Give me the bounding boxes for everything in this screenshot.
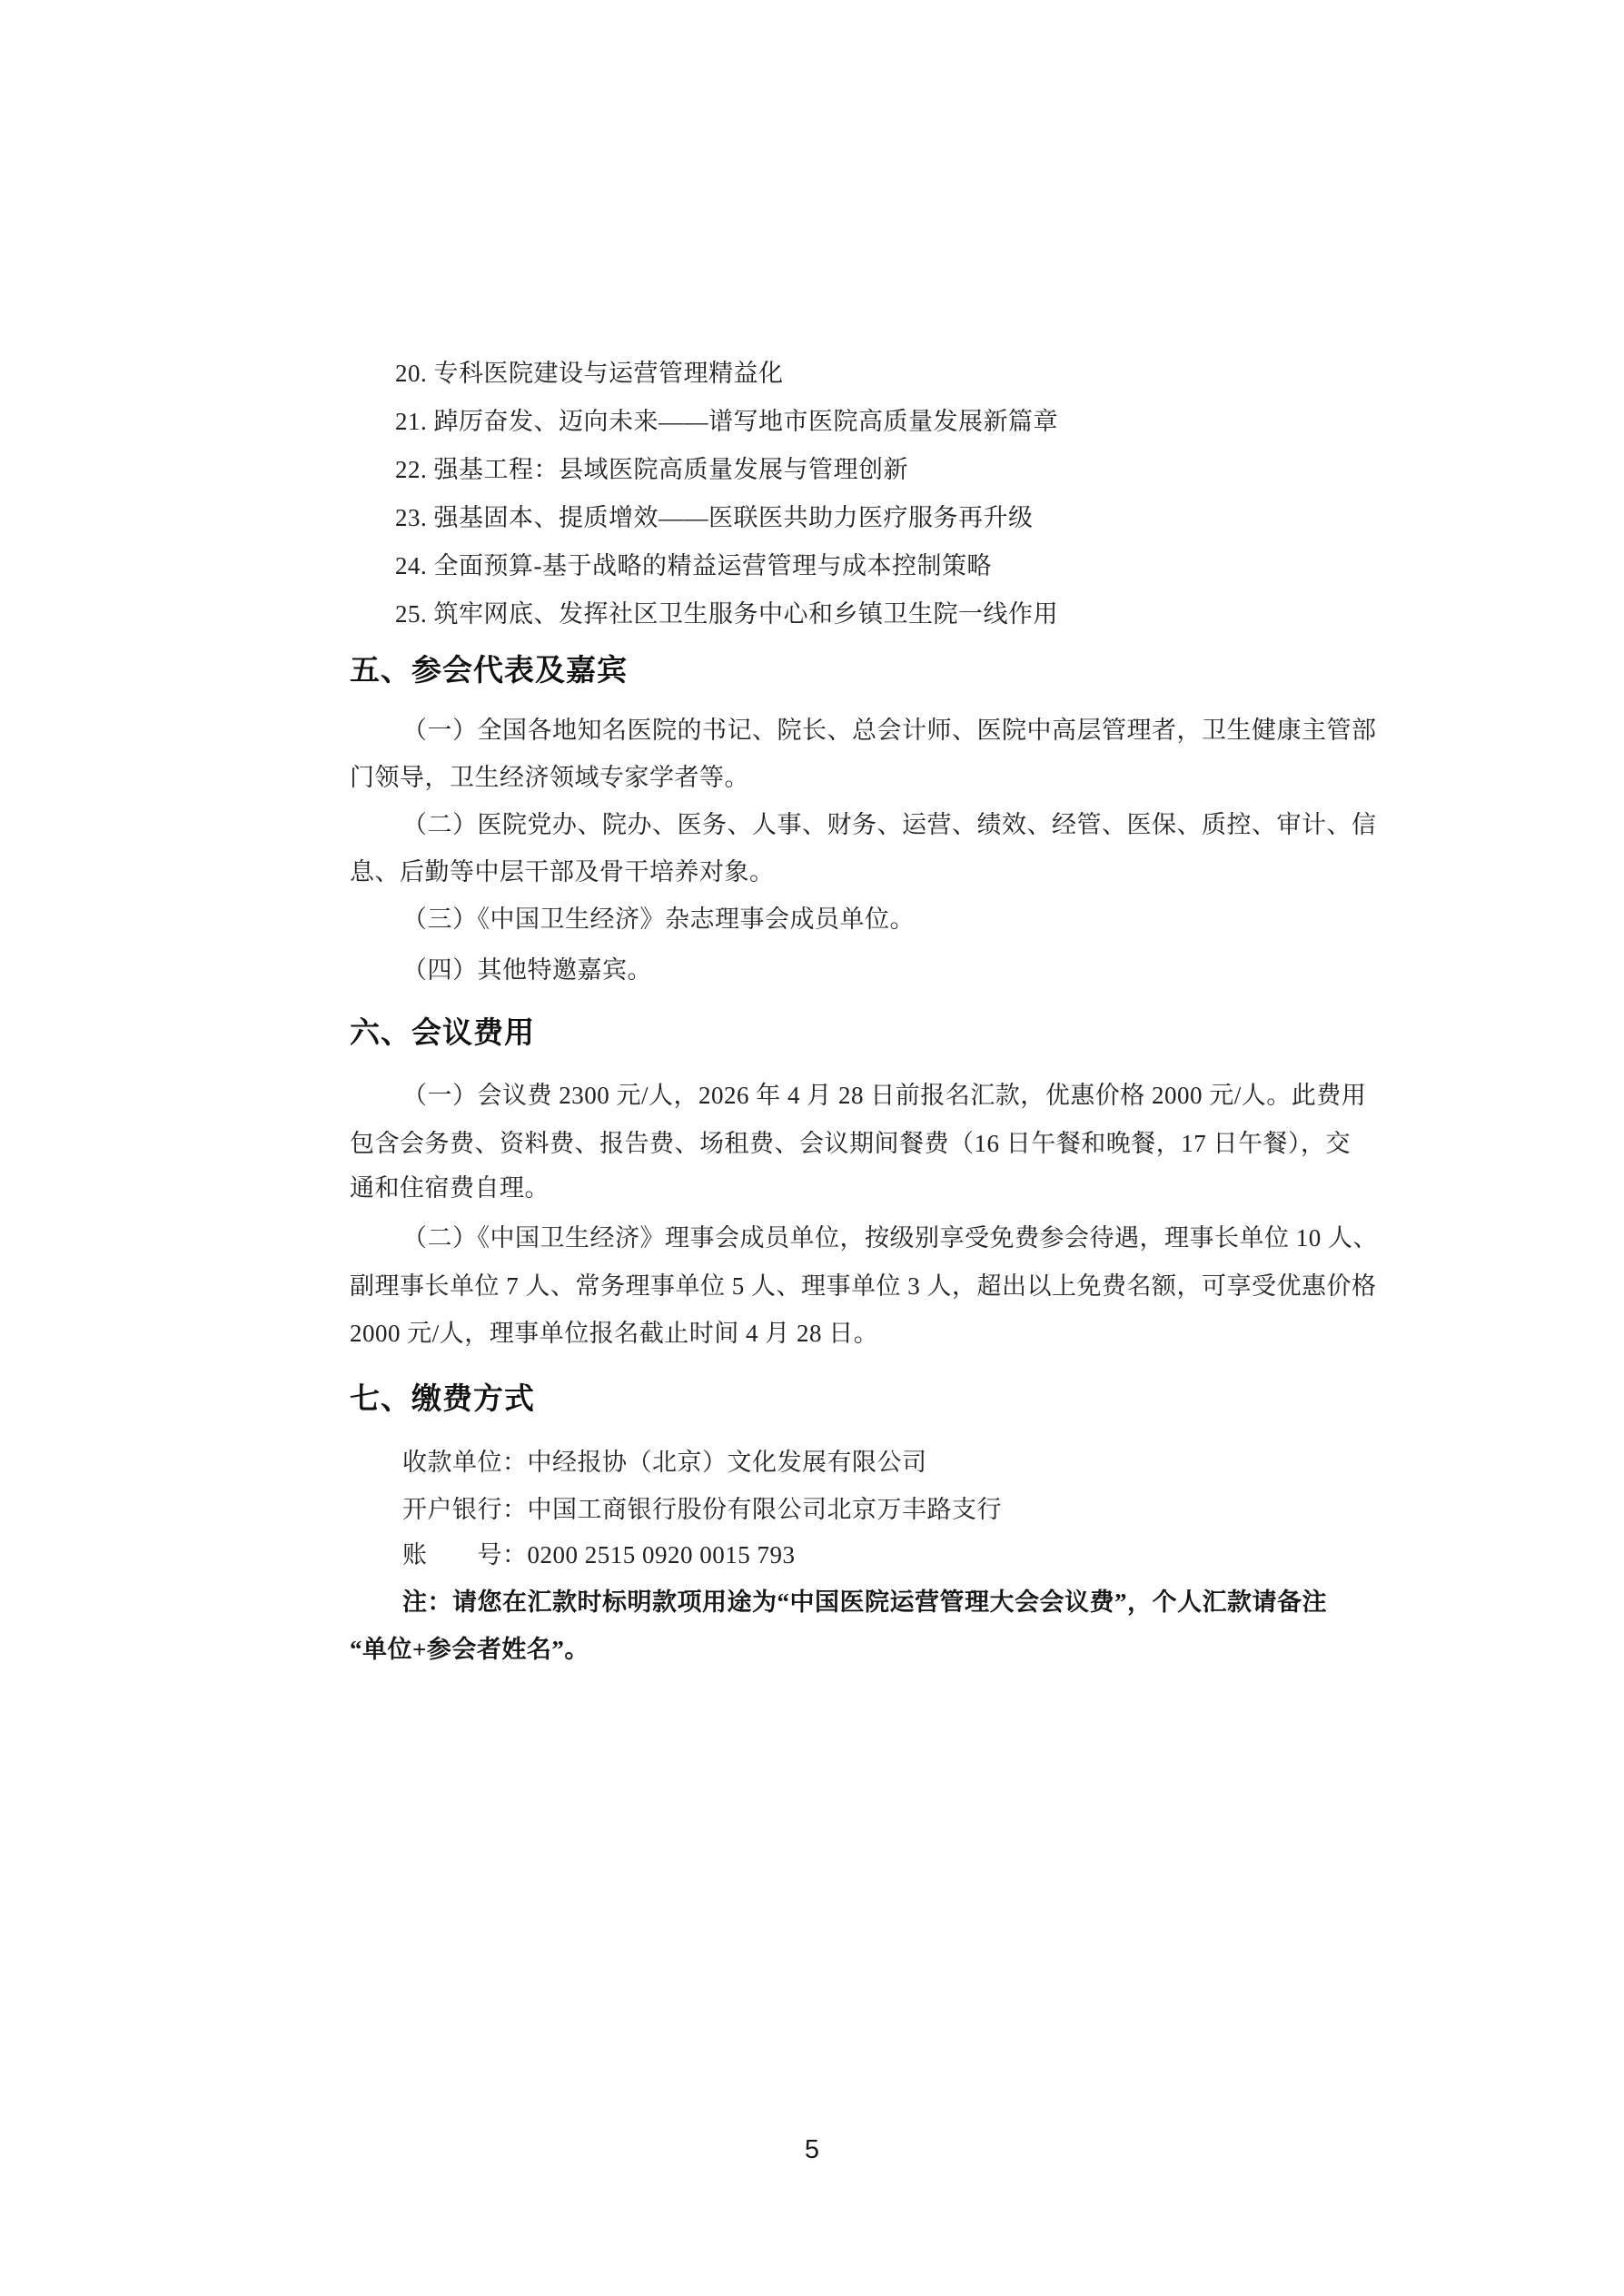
topic-item-20: 20. 专科医院建设与运营管理精益化 (395, 350, 784, 397)
topic-item-21: 21. 踔厉奋发、迈向未来——谱写地市医院高质量发展新篇章 (395, 398, 1058, 445)
topic-item-23: 23. 强基固本、提质增效——医联医共助力医疗服务再升级 (395, 494, 1034, 541)
topic-item-24: 24. 全面预算-基于战略的精益运营管理与成本控制策略 (395, 542, 992, 589)
section-heading-participants: 五、参会代表及嘉宾 (350, 643, 628, 698)
fees-para1-line2: 包含会务费、资料费、报告费、场租费、会议期间餐费（16 日午餐和晚餐，17 日午… (350, 1120, 1351, 1167)
topic-item-25: 25. 筑牢网底、发挥社区卫生服务中心和乡镇卫生院一线作用 (395, 590, 1058, 638)
fees-para2-line3: 2000 元/人，理事单位报名截止时间 4 月 28 日。 (350, 1310, 878, 1357)
payment-account-number: 账 号：0200 2515 0920 0015 793 (402, 1531, 796, 1578)
fees-para2-line1: （二）《中国卫生经济》理事会成员单位，按级别享受免费参会待遇，理事长单位 10 … (402, 1214, 1378, 1262)
fees-para2-line2: 副理事长单位 7 人、常务理事单位 5 人、理事单位 3 人，超出以上免费名额，… (350, 1262, 1377, 1310)
payment-note-line2: “单位+参会者姓名”。 (350, 1626, 589, 1673)
page-number: 5 (0, 2130, 1624, 2170)
participants-para2-line1: （二）医院党办、院办、医务、人事、财务、运营、绩效、经管、医保、质控、审计、信 (402, 801, 1377, 848)
participants-para1-line1: （一）全国各地知名医院的书记、院长、总会计师、医院中高层管理者，卫生健康主管部 (402, 707, 1377, 754)
fees-para1-line1: （一）会议费 2300 元/人，2026 年 4 月 28 日前报名汇款，优惠价… (402, 1072, 1366, 1119)
payment-note-line1: 注：请您在汇款时标明款项用途为“中国医院运营管理大会会议费”，个人汇款请备注 (402, 1578, 1327, 1626)
payment-payee: 收款单位：中经报协（北京）文化发展有限公司 (402, 1439, 927, 1486)
document-page: 20. 专科医院建设与运营管理精益化 21. 踔厉奋发、迈向未来——谱写地市医院… (0, 0, 1624, 2296)
participants-para1-line2: 门领导，卫生经济领域专家学者等。 (350, 754, 749, 801)
participants-para3: （三）《中国卫生经济》杂志理事会成员单位。 (402, 896, 915, 943)
topic-item-22: 22. 强基工程：县域医院高质量发展与管理创新 (395, 446, 908, 493)
payment-bank: 开户银行：中国工商银行股份有限公司北京万丰路支行 (402, 1486, 1002, 1533)
fees-para1-line3: 通和住宿费自理。 (350, 1164, 550, 1212)
participants-para4: （四）其他特邀嘉宾。 (402, 946, 652, 994)
section-heading-fees: 六、会议费用 (350, 1005, 535, 1060)
participants-para2-line2: 息、后勤等中层干部及骨干培养对象。 (350, 848, 775, 896)
section-heading-payment: 七、缴费方式 (350, 1371, 535, 1426)
